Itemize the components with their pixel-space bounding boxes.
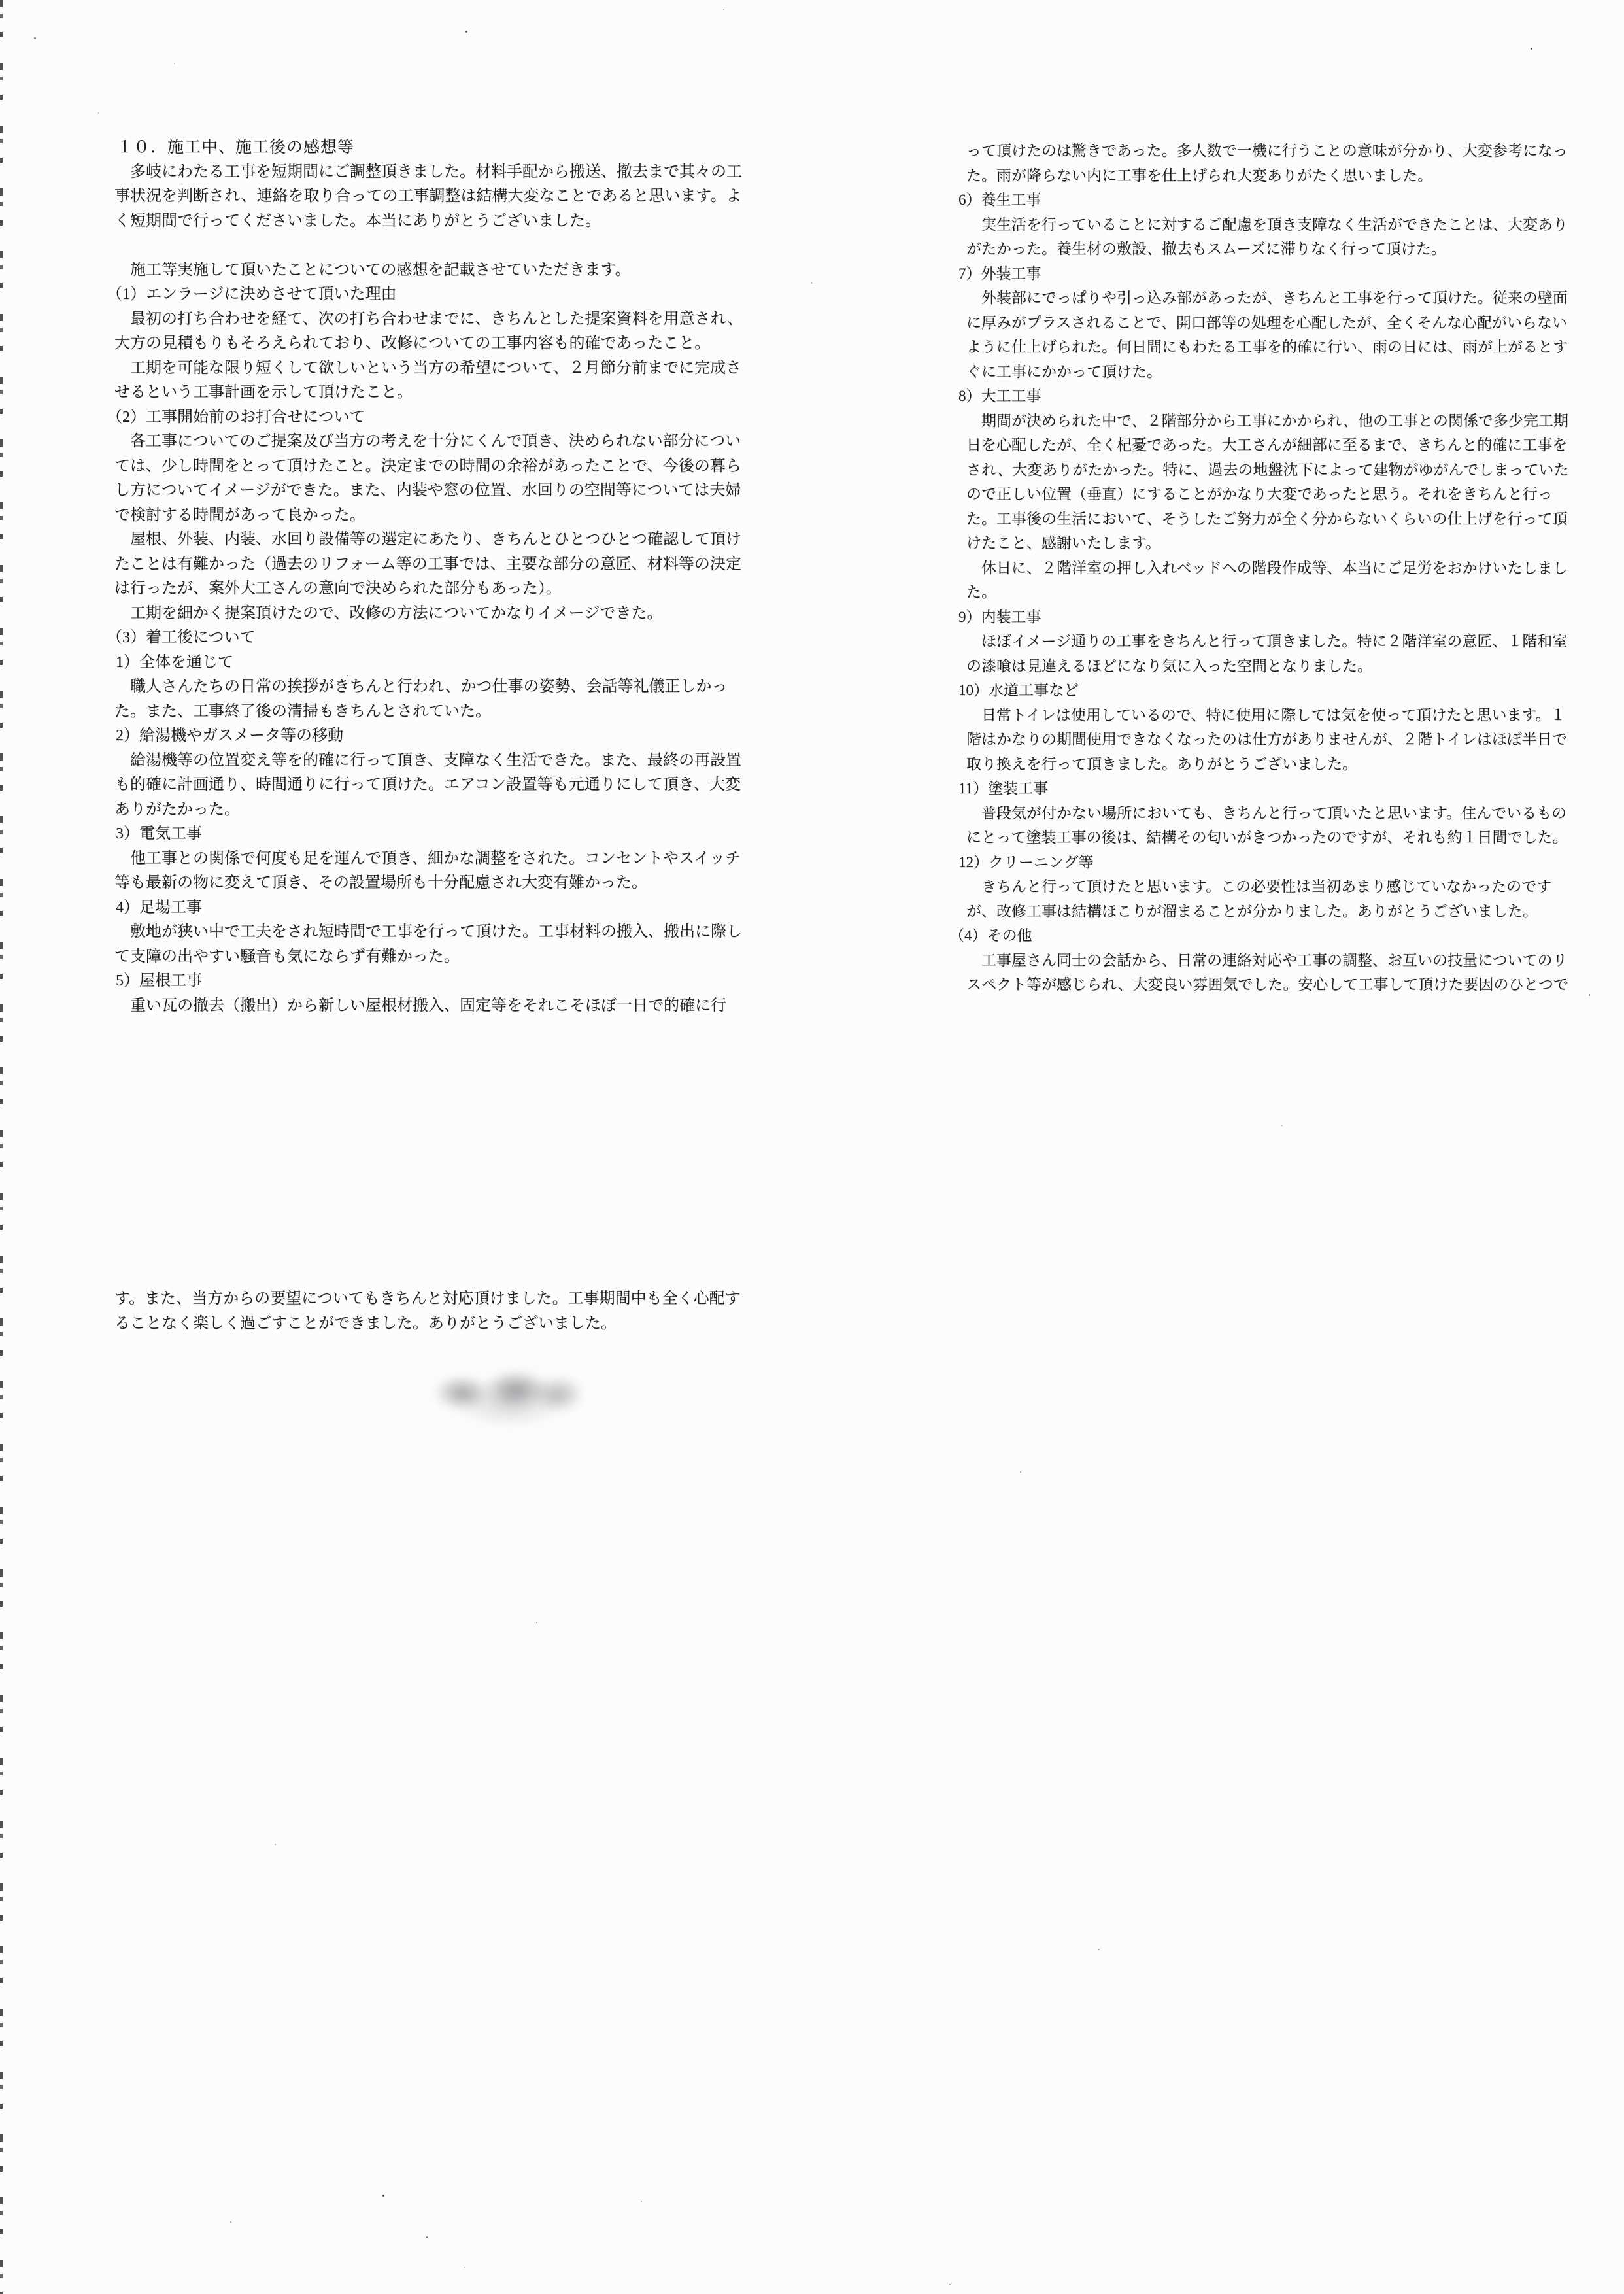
- item-6-paragraph: 実生活を行っていることに対するご配慮を頂き支障なく生活ができたことは、大変ありが…: [966, 213, 1570, 262]
- scan-speck: [426, 2236, 428, 2238]
- scan-edge-artifact: [0, 0, 3, 2294]
- scanned-document-page: １０．施工中、施工後の感想等多岐にわたる工事を短期間にご調整頂きました。材料手配…: [0, 0, 1624, 2294]
- scan-speck: [723, 9, 724, 10]
- left-column-bottom: す。また、当方からの要望についてもきちんと対応頂けました。工事期間中も全く心配す…: [107, 1287, 747, 1336]
- item-5-paragraph: 重い瓦の撤去（搬出）から新しい屋根材搬入、固定等をそれこそほぼ一日で的確に行: [114, 994, 747, 1019]
- section-2-paragraph-1: 各工事についてのご提案及び当方の考えを十分にくんで頂き、決められない部分について…: [114, 430, 747, 528]
- item-8-paragraph-1: 期間が決められた中で、２階部分から工事にかかられ、他の工事との関係で多少完工期日…: [966, 409, 1570, 556]
- page-heading: １０．施工中、施工後の感想等: [116, 135, 747, 160]
- scan-speck: [1020, 1471, 1021, 1473]
- left-column: １０．施工中、施工後の感想等多岐にわたる工事を短期間にご調整頂きました。材料手配…: [107, 135, 747, 1018]
- section-1-header: （1）エンラージに決めさせて頂いた理由: [107, 282, 747, 307]
- section-1-paragraph-2: 工期を可能な限り短くして欲しいという当方の希望について、２月節分前までに完成させ…: [114, 356, 747, 405]
- scan-speck: [465, 31, 467, 33]
- intro-paragraph: 多岐にわたる工事を短期間にご調整頂きました。材料手配から搬送、撤去まで其々の工事…: [114, 160, 747, 234]
- scan-speck: [949, 2284, 951, 2285]
- scan-speck: [811, 282, 812, 284]
- item-2-header: 2）給湯機やガスメータ等の移動: [116, 724, 747, 749]
- item-5-header: 5）屋根工事: [116, 969, 747, 994]
- item-9-header: 9）内装工事: [958, 605, 1570, 630]
- item-10-header: 10）水道工事など: [958, 678, 1570, 703]
- scan-speck: [174, 63, 175, 64]
- item-12-header: 12）クリーニング等: [958, 850, 1570, 875]
- item-1-paragraph: 職人さんたちの日常の挨拶がきちんと行われ、かつ仕事の姿勢、会話等礼儀正しかった。…: [114, 675, 747, 724]
- item-11-paragraph: 普段気が付かない場所においても、きちんと行って頂いたと思います。住んでいるものに…: [966, 801, 1570, 850]
- scan-speck: [1531, 48, 1532, 50]
- scan-speck: [641, 2201, 642, 2202]
- item-5-continuation: って頂けたのは驚きであった。多人数で一機に行うことの意味が分かり、大変参考になっ…: [966, 139, 1570, 188]
- scan-speck: [347, 675, 348, 676]
- section-4-paragraph: 工事屋さん同士の会話から、日常の連絡対応や工事の調整、お互いの技量についてのリス…: [966, 948, 1570, 997]
- section-4-header: （4）その他: [949, 923, 1570, 948]
- item-12-paragraph: きちんと行って頂けたと思います。この必要性は当初あまり感じていなかったのですが、…: [966, 874, 1570, 923]
- item-8-header: 8）大工工事: [958, 384, 1570, 409]
- section-2-header: （2）工事開始前のお打合せについて: [107, 405, 747, 430]
- item-4-paragraph: 敷地が狭い中で工夫をされ短時間で工事を行って頂けた。工事材料の搬入、搬出に際して…: [114, 920, 747, 969]
- scan-speck: [536, 1622, 537, 1623]
- item-9-paragraph: ほぼイメージ通りの工事をきちんと行って頂きました。特に２階洋室の意匠、１階和室の…: [966, 629, 1570, 678]
- item-6-header: 6）養生工事: [958, 188, 1570, 213]
- scan-speck: [464, 2267, 465, 2268]
- scan-speck: [1098, 1949, 1100, 1950]
- scan-speck: [230, 2221, 231, 2223]
- item-2-paragraph: 給湯機等の位置変え等を的確に行って頂き、支障なく生活できた。また、最終の再設置も…: [114, 749, 747, 823]
- closing-continuation: す。また、当方からの要望についてもきちんと対応頂けました。工事期間中も全く心配す…: [114, 1287, 747, 1336]
- scan-speck: [382, 2195, 384, 2197]
- scan-speck: [34, 37, 36, 39]
- item-4-header: 4）足場工事: [116, 896, 747, 921]
- item-3-header: 3）電気工事: [116, 822, 747, 847]
- section-1-paragraph-1: 最初の打ち合わせを経て、次の打ち合わせまでに、きちんとした提案資料を用意され、大…: [114, 307, 747, 356]
- redacted-stamp-smudge: [437, 1361, 581, 1430]
- item-7-paragraph: 外装部にでっぱりや引っ込み部があったが、きちんと工事を行って頂けた。従来の壁面に…: [966, 286, 1570, 384]
- lead-paragraph: 施工等実施して頂いたことについての感想を記載させていただきます。: [114, 258, 747, 283]
- section-2-paragraph-3: 工期を細かく提案頂けたので、改修の方法についてかなりイメージできた。: [114, 602, 747, 626]
- section-2-paragraph-2: 屋根、外装、内装、水回り設備等の選定にあたり、きちんとひとつひとつ確認して頂けた…: [114, 528, 747, 602]
- item-1-header: 1）全体を通じて: [116, 651, 747, 676]
- item-3-paragraph: 他工事との関係で何度も足を運んで頂き、細かな調整をされた。コンセントやスイッチ等…: [114, 847, 747, 896]
- item-11-header: 11）塗装工事: [958, 776, 1570, 801]
- scan-speck: [98, 112, 99, 114]
- section-3-header: （3）着工後について: [107, 626, 747, 651]
- scan-speck: [1589, 994, 1590, 996]
- scan-speck: [1281, 1125, 1283, 1126]
- item-7-header: 7）外装工事: [958, 262, 1570, 286]
- right-column: って頂けたのは驚きであった。多人数で一機に行うことの意味が分かり、大変参考になっ…: [949, 139, 1570, 997]
- item-10-paragraph: 日常トイレは使用しているので、特に使用に際しては気を使って頂けたと思います。１階…: [966, 703, 1570, 777]
- scan-speck: [275, 1844, 276, 1845]
- item-8-paragraph-2: 休日に、２階洋室の押し入れベッドへの階段作成等、本当にご足労をおかけいたしました…: [966, 556, 1570, 605]
